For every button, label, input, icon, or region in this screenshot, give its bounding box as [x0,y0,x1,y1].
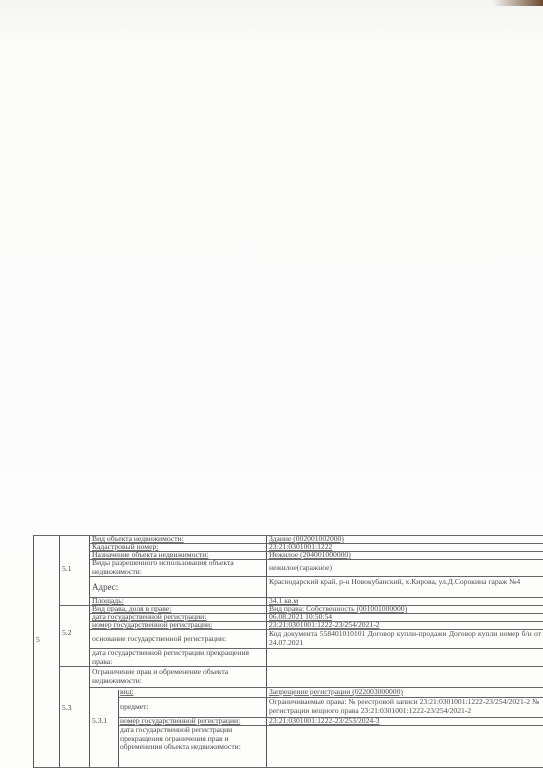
table-border [89,597,543,598]
table-border [59,535,60,768]
scanned-page [0,0,543,768]
subsection-number-5-2: 5.2 [62,629,72,638]
value-restriction-subject: Ограничиваемые права: № реестровой запис… [269,698,541,716]
table-border [33,535,34,768]
label-registration-number: номер государственной регистрации: [92,621,212,630]
label-restriction-kind: вид: [120,688,134,697]
label-restriction-termination: дата государственной регистрации прекращ… [120,726,264,752]
label-permitted-use: Виды разрешенного использования объекта … [92,559,262,576]
subsection-number-5-3: 5.3 [62,704,72,713]
label-termination-date: дата государственной регистрации прекращ… [92,649,264,666]
value-address: Краснодарский край, р-н Новокубанский, х… [269,578,541,587]
table-border [266,535,267,768]
subsection-number-5-3-1: 5.3.1 [92,717,107,726]
label-address: Адрес: [92,583,118,592]
table-border [89,535,90,768]
subsection-number-5-1: 5.1 [62,565,72,574]
label-restrictions: Ограничение прав и обременение объекта н… [92,668,262,685]
value-restriction-kind: Запрещение регистрации (022003000000) [269,688,403,697]
scan-edge-shadow [493,0,543,6]
value-permitted-use: нежилое(гаражное) [269,564,332,573]
value-registration-basis: Код документа 558401010101 Договор купли… [269,630,541,647]
table-border [118,690,119,768]
value-purpose: Нежилое (204001000000) [269,551,351,560]
value-restriction-reg-number: 23:21:0301001:1222-23/253/2024-3 [269,717,380,726]
label-registration-basis: основание государственной регистрации: [92,635,226,644]
label-restriction-subject: предмет: [120,703,149,712]
section-number: 5 [36,636,40,645]
